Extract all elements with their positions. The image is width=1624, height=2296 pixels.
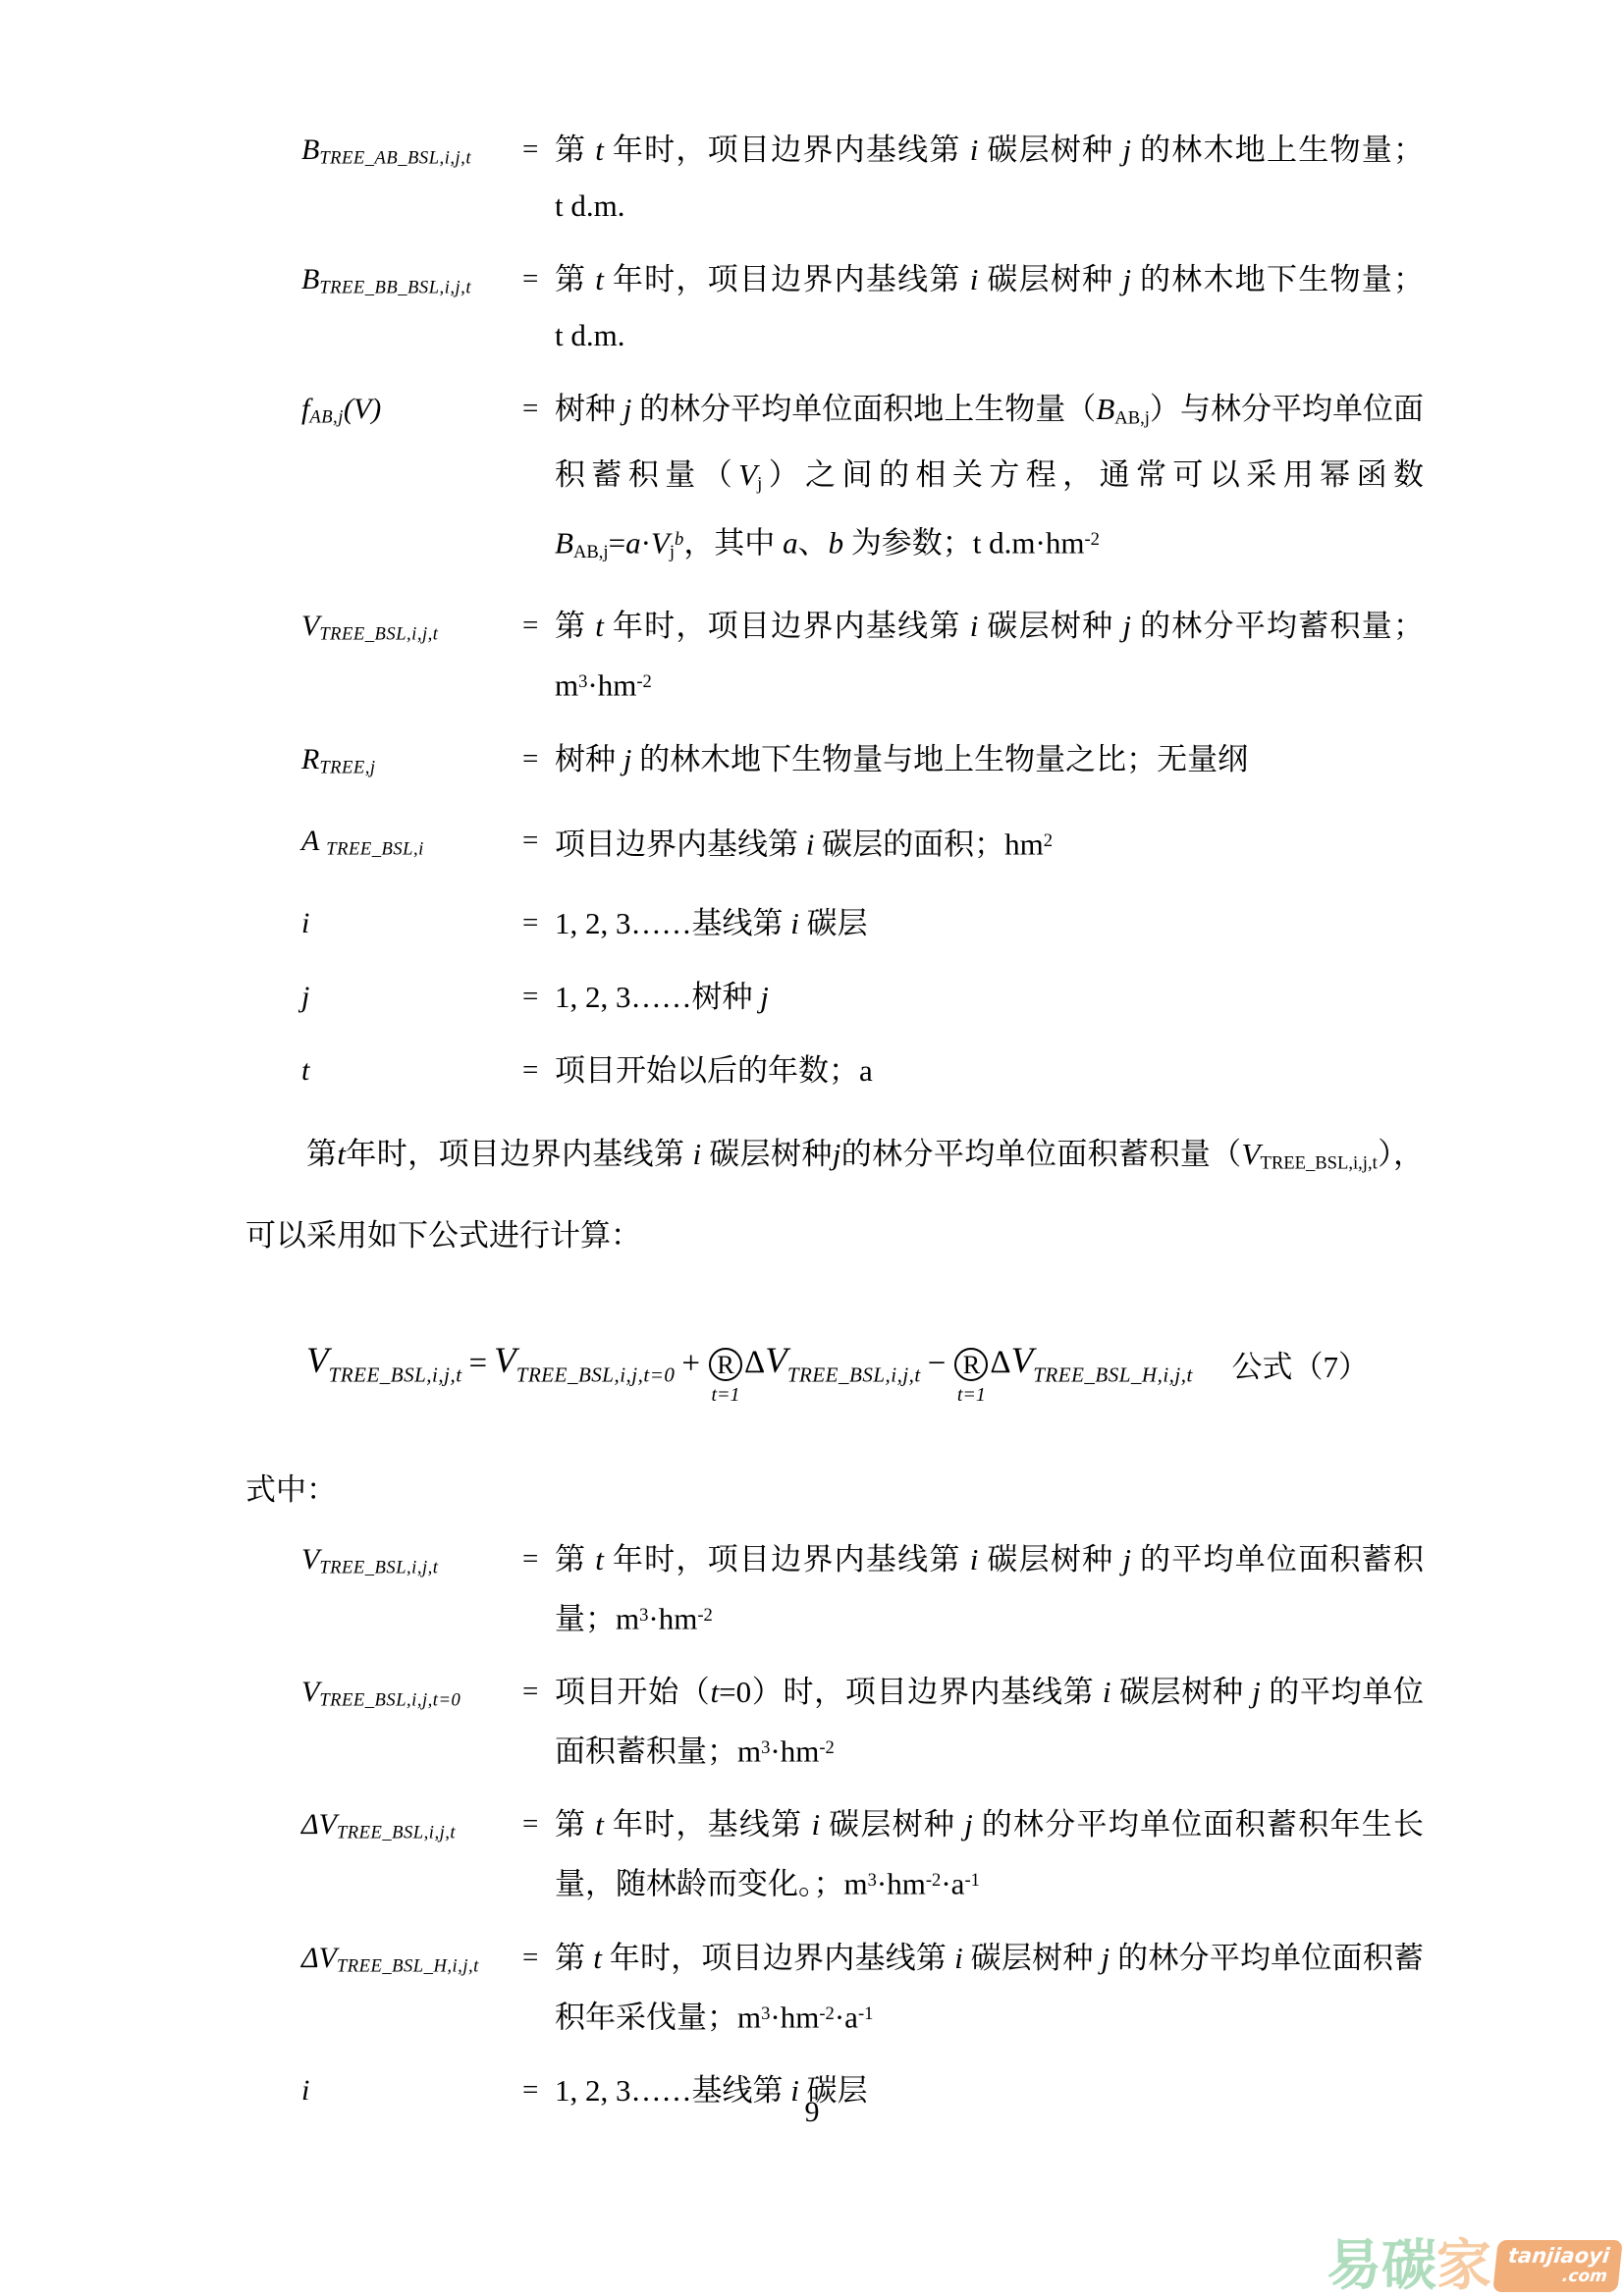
definition-term: t [245,1042,522,1098]
definition-term: RTREE,j [245,731,522,796]
variable-subscript: TREE_BSL,i,j,t=0 [516,1363,676,1387]
formula-7: VTREE_BSL,i,j,t = VTREE_BSL,i,j,t=0 + Rt… [245,1291,1424,1438]
definition-description: 第 t 年时，项目边界内基线第 i 碳层树种 j 的平均单位面积蓄积量；m3·h… [555,1531,1424,1646]
circled-r-icon: R [709,1348,742,1381]
formula-term-harvest: ΔVTREE_BSL_H,i,j,t [990,1340,1192,1387]
definition-description: 树种 j 的林木地下生物量与地上生物量之比；无量纲 [555,731,1424,796]
definition-description: 1, 2, 3……基线第 i 碳层 [555,895,1424,951]
definition-description: 第 t 年时，基线第 i 碳层树种 j 的林分平均单位面积蓄积年生长量，随林龄而… [555,1796,1424,1911]
definition-row: VTREE_BSL,i,j,t=第 t 年时，项目边界内基线第 i 碳层树种 j… [245,598,1424,713]
definition-term: VTREE_BSL,i,j,t [245,1531,522,1646]
definition-line: 量；m3·hm-2 [555,1587,1424,1646]
definition-list-2: VTREE_BSL,i,j,t=第 t 年时，项目边界内基线第 i 碳层树种 j… [245,1531,1424,2118]
variable-subscript: TREE_BSL,i,j,t [329,1363,462,1387]
formula-lhs: VTREE_BSL,i,j,t [306,1340,462,1387]
definition-row: VTREE_BSL,i,j,t=0=项目开始（t=0）时，项目边界内基线第 i … [245,1664,1424,1779]
summation-symbol: Rt=1 [709,1348,742,1381]
definition-line: 项目开始以后的年数；a [555,1042,1424,1098]
definition-row: t=项目开始以后的年数；a [245,1042,1424,1098]
definition-row: j=1, 2, 3……树种 j [245,969,1424,1025]
definition-description: 第 t 年时，项目边界内基线第 i 碳层树种 j 的林木地上生物量；t d.m. [555,122,1424,234]
definition-description: 项目开始以后的年数；a [555,1042,1424,1098]
variable-v: V [765,1341,787,1381]
definition-line: 1, 2, 3……树种 j [555,969,1424,1025]
delta-symbol: Δ [744,1345,765,1380]
definition-row: BTREE_AB_BSL,i,j,t=第 t 年时，项目边界内基线第 i 碳层树… [245,122,1424,234]
definition-row: RTREE,j=树种 j 的林木地下生物量与地上生物量之比；无量纲 [245,731,1424,796]
equals-sign: = [522,813,555,878]
plus-sign: + [681,1346,700,1382]
definition-line: 第 t 年时，项目边界内基线第 i 碳层树种 j 的平均单位面积蓄积 [555,1531,1424,1587]
definition-term: A TREE_BSL,i [245,813,522,878]
variable-v: V [306,1341,329,1381]
definition-description: 第 t 年时，项目边界内基线第 i 碳层树种 j 的林木地下生物量；t d.m. [555,251,1424,363]
definition-term: i [245,895,522,951]
where-label: 式中： [245,1462,1424,1518]
watermark-char: 易 [1326,2239,1381,2294]
summation-lower-limit: t=1 [957,1381,986,1409]
definition-line: 量，随林龄而变化。；m3·hm-2·a-1 [555,1852,1424,1911]
intro-paragraph: 第t年时，项目边界内基线第 i 碳层树种j的林分平均单位面积蓄积量（VTREE_… [245,1118,1424,1271]
definition-line: 第 t 年时，项目边界内基线第 i 碳层树种 j 的林木地下生物量； [555,251,1424,307]
definition-line: 第 t 年时，基线第 i 碳层树种 j 的林分平均单位面积蓄积年生长 [555,1796,1424,1852]
definition-line: 项目开始（t=0）时，项目边界内基线第 i 碳层树种 j 的平均单位 [555,1664,1424,1720]
definition-description: 第 t 年时，项目边界内基线第 i 碳层树种 j 的林分平均蓄积量；m3·hm-… [555,598,1424,713]
definition-term: ΔVTREE_BSL,i,j,t [245,1796,522,1911]
definition-term: fAB,j(V) [245,381,522,580]
definition-row: BTREE_BB_BSL,i,j,t=第 t 年时，项目边界内基线第 i 碳层树… [245,251,1424,363]
definition-line: 1, 2, 3……基线第 i 碳层 [555,895,1424,951]
equals-sign: = [522,1664,555,1779]
formula-term-initial: VTREE_BSL,i,j,t=0 [494,1340,675,1387]
summation-symbol: Rt=1 [954,1348,988,1381]
equals-sign: = [522,1042,555,1098]
definition-line: 项目边界内基线第 i 碳层的面积；hm2 [555,813,1424,872]
definition-line: t d.m. [555,178,1424,234]
definition-term: ΔVTREE_BSL_H,i,j,t [245,1930,522,2045]
page-content: BTREE_AB_BSL,i,j,t=第 t 年时，项目边界内基线第 i 碳层树… [245,122,1424,2136]
definition-term: BTREE_BB_BSL,i,j,t [245,251,522,363]
equals-sign: = [522,251,555,363]
equals-sign: = [522,1930,555,2045]
definition-row: A TREE_BSL,i=项目边界内基线第 i 碳层的面积；hm2 [245,813,1424,878]
equals-sign: = [522,1796,555,1911]
watermark-badge-text: tanjiaoyi [1507,2245,1610,2268]
watermark-char: 家 [1436,2239,1491,2294]
definition-line: m3·hm-2 [555,654,1424,713]
definition-row: VTREE_BSL,i,j,t=第 t 年时，项目边界内基线第 i 碳层树种 j… [245,1531,1424,1646]
summation-lower-limit: t=1 [711,1381,739,1409]
definition-description: 第 t 年时，项目边界内基线第 i 碳层树种 j 的林分平均单位面积蓄积年采伐量… [555,1930,1424,2045]
equals-sign: = [522,381,555,580]
definition-row: fAB,j(V)=树种 j 的林分平均单位面积地上生物量（BAB,j）与林分平均… [245,381,1424,580]
equals-sign: = [522,122,555,234]
definition-line: 树种 j 的林分平均单位面积地上生物量（BAB,j）与林分平均单位面 [555,381,1424,447]
definition-description: 项目边界内基线第 i 碳层的面积；hm2 [555,813,1424,878]
definition-line: 第 t 年时，项目边界内基线第 i 碳层树种 j 的林木地上生物量； [555,122,1424,178]
definition-term: VTREE_BSL,i,j,t=0 [245,1664,522,1779]
minus-sign: − [928,1346,947,1382]
variable-v: V [494,1341,516,1381]
equals-sign: = [522,1531,555,1646]
definition-list-1: BTREE_AB_BSL,i,j,t=第 t 年时，项目边界内基线第 i 碳层树… [245,122,1424,1098]
variable-subscript: TREE_BSL_H,i,j,t [1033,1363,1193,1387]
formula-label: 公式（7） [1232,1342,1425,1386]
document-page: BTREE_AB_BSL,i,j,t=第 t 年时，项目边界内基线第 i 碳层树… [0,0,1624,2296]
definition-description: 树种 j 的林分平均单位面积地上生物量（BAB,j）与林分平均单位面积蓄积量（V… [555,381,1424,580]
definition-description: 项目开始（t=0）时，项目边界内基线第 i 碳层树种 j 的平均单位面积蓄积量；… [555,1664,1424,1779]
definition-term: j [245,969,522,1025]
definition-term: BTREE_AB_BSL,i,j,t [245,122,522,234]
watermark-logo: 易 碳 家 tanjiaoyi .com [1326,2239,1620,2294]
formula-term-growth: ΔVTREE_BSL,i,j,t [744,1340,921,1387]
variable-v: V [1011,1341,1034,1381]
definition-line: BAB,j=a·Vjb，其中 a、b 为参数；t d.m·hm-2 [555,511,1424,580]
definition-line: t d.m. [555,307,1424,363]
definition-row: ΔVTREE_BSL_H,i,j,t=第 t 年时，项目边界内基线第 i 碳层树… [245,1930,1424,2045]
definition-row: ΔVTREE_BSL,i,j,t=第 t 年时，基线第 i 碳层树种 j 的林分… [245,1796,1424,1911]
definition-line: 第 t 年时，项目边界内基线第 i 碳层树种 j 的林分平均蓄积量； [555,598,1424,654]
equals-sign: = [469,1346,488,1382]
equals-sign: = [522,969,555,1025]
watermark-badge: tanjiaoyi .com [1492,2240,1623,2292]
definition-line: 第 t 年时，项目边界内基线第 i 碳层树种 j 的林分平均单位面积蓄 [555,1930,1424,1986]
definition-row: i=1, 2, 3……基线第 i 碳层 [245,895,1424,951]
definition-line: 积蓄积量（Vj）之间的相关方程，通常可以采用幂函数 [555,447,1424,512]
watermark-char: 碳 [1381,2239,1436,2294]
definition-line: 树种 j 的林木地下生物量与地上生物量之比；无量纲 [555,731,1424,787]
watermark-badge-text: .com [1561,2268,1608,2286]
delta-symbol: Δ [990,1345,1010,1380]
page-number: 9 [0,2091,1624,2134]
circled-r-icon: R [954,1348,988,1381]
variable-subscript: TREE_BSL,i,j,t [787,1363,921,1387]
definition-line: 面积蓄积量；m3·hm-2 [555,1720,1424,1779]
equals-sign: = [522,731,555,796]
equals-sign: = [522,598,555,713]
definition-term: VTREE_BSL,i,j,t [245,598,522,713]
equals-sign: = [522,895,555,951]
definition-description: 1, 2, 3……树种 j [555,969,1424,1025]
definition-line: 积年采伐量；m3·hm-2·a-1 [555,1986,1424,2045]
